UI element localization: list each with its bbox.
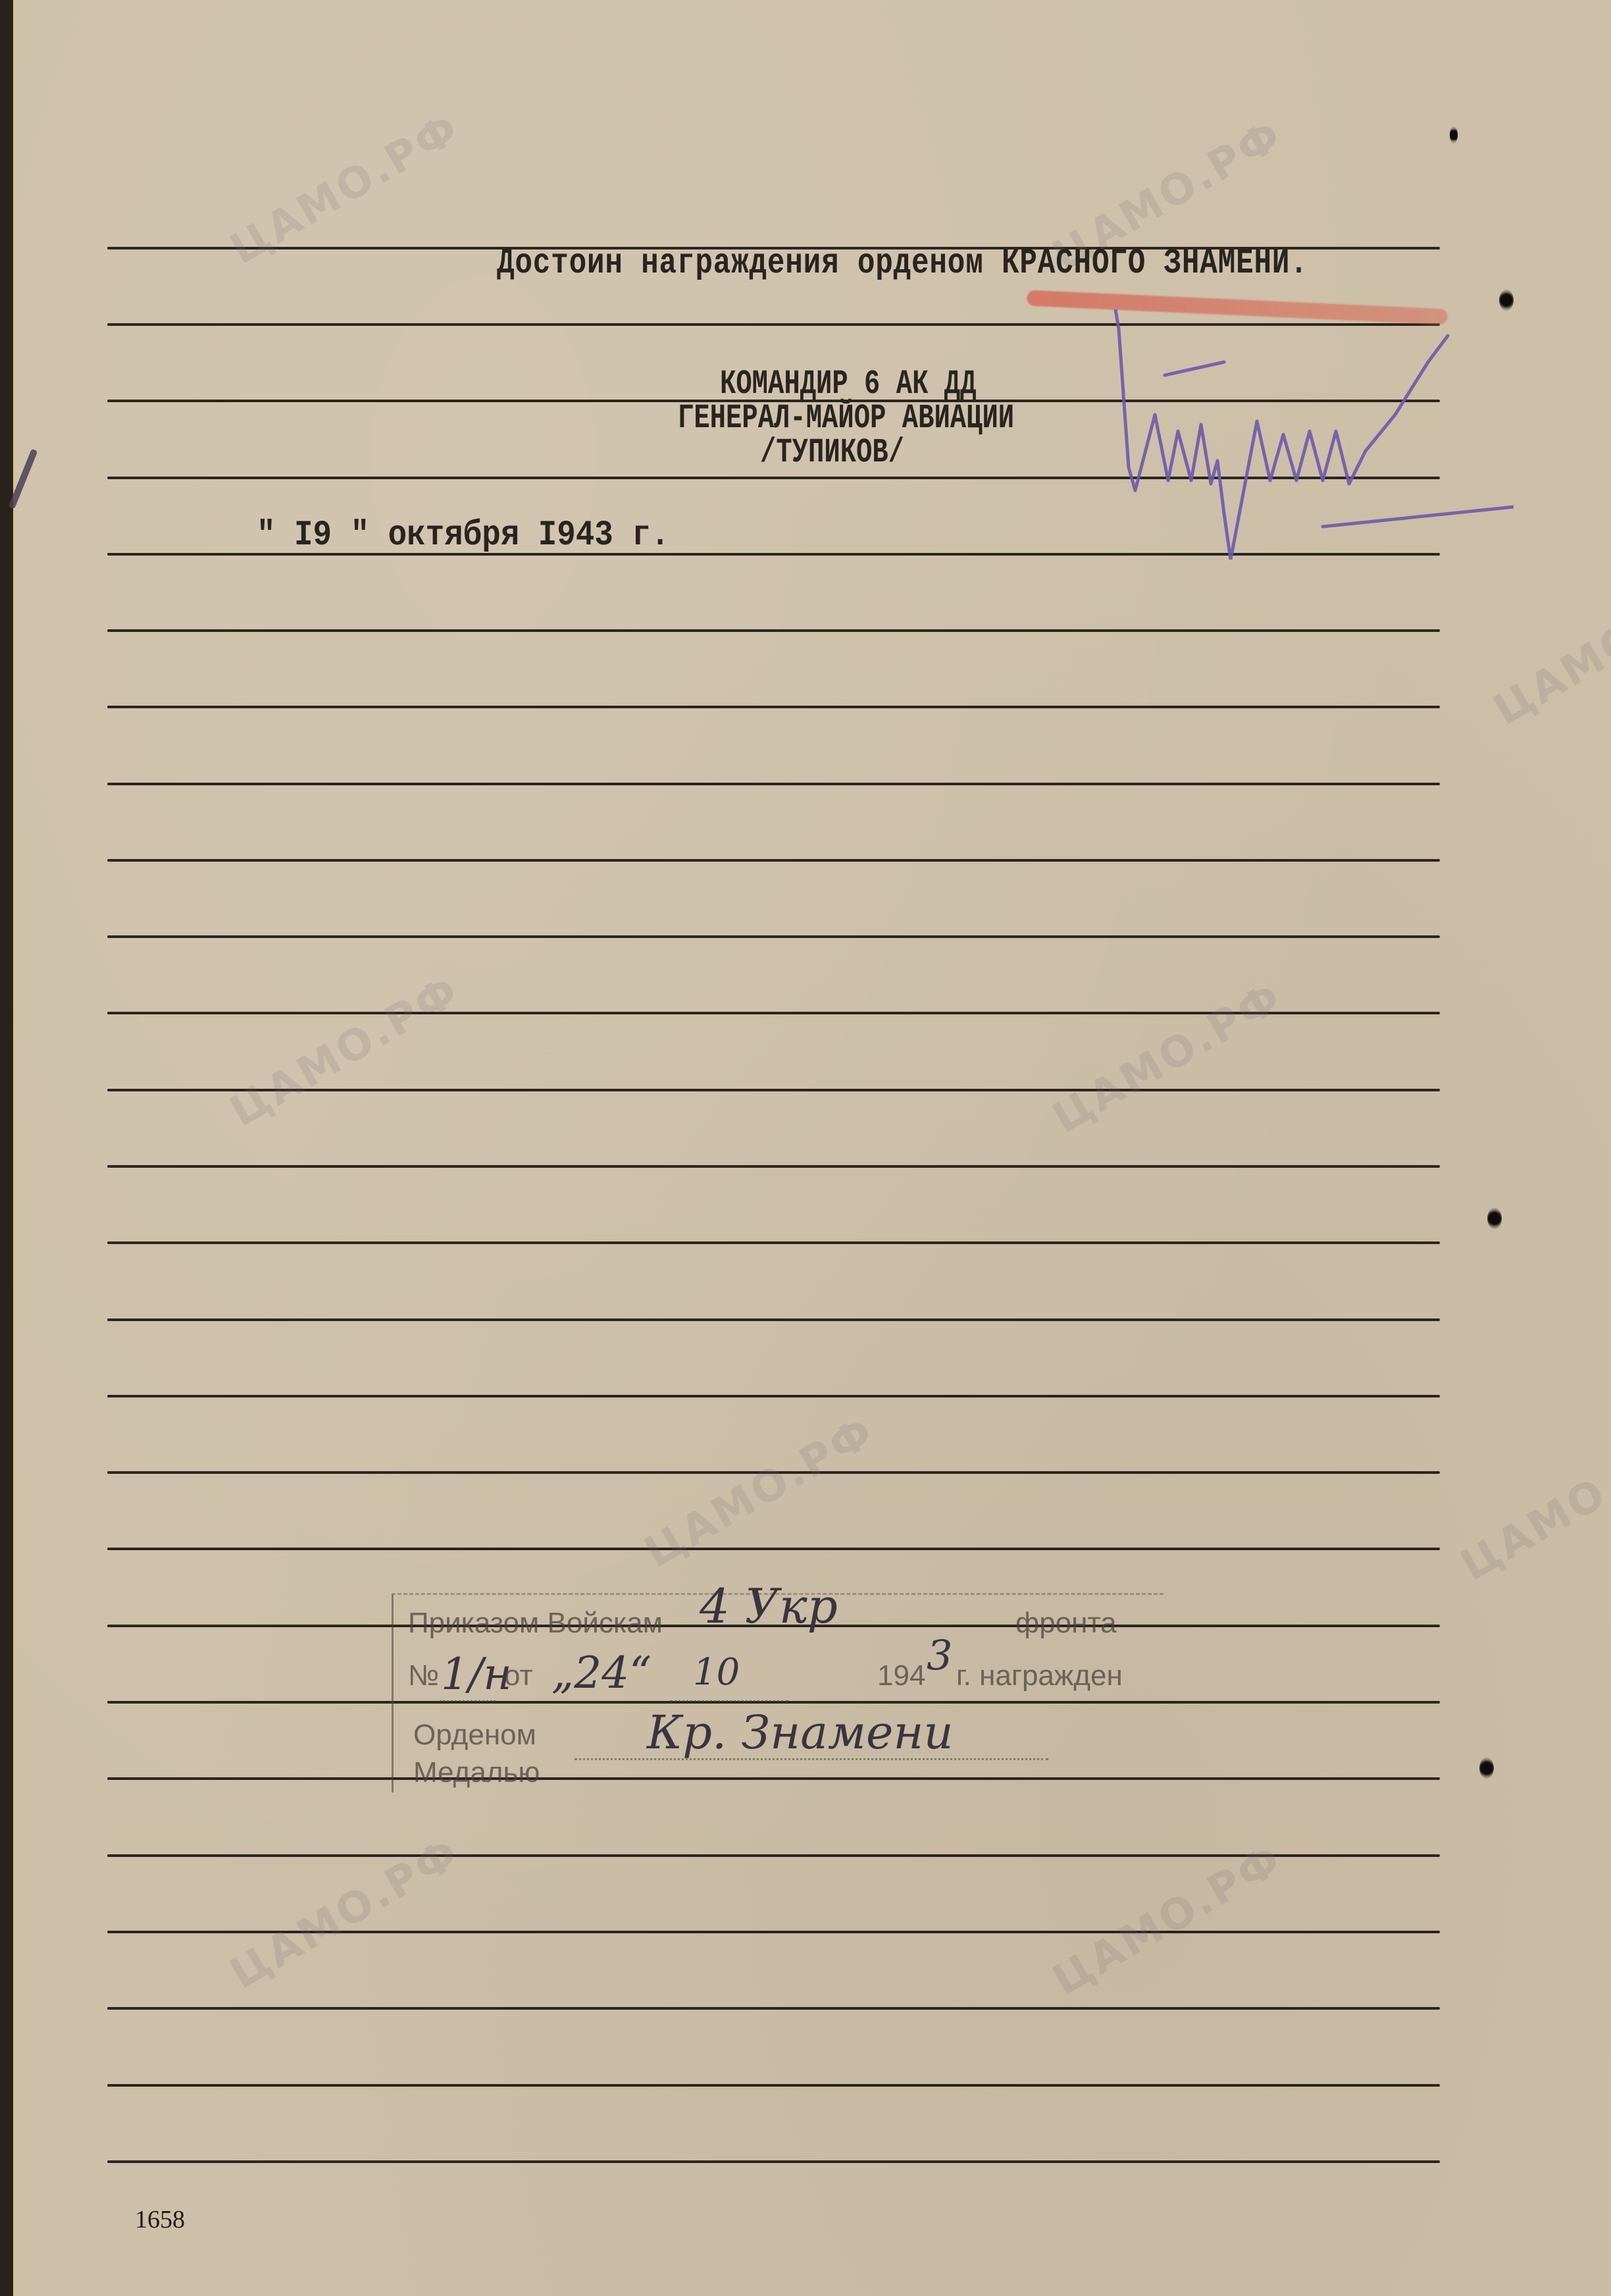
document-page: ЦАМО.РФ ЦАМО.РФ ЦАМО.РФ ЦАМО.РФ ЦАМО.РФ … — [0, 0, 1611, 2296]
signatory-position: КОМАНДИР 6 АК ДД — [720, 366, 976, 403]
stamp-number-field — [440, 1700, 496, 1702]
stamp-handwritten-order: Кр. Знамени — [647, 1706, 954, 1760]
punch-hole — [1450, 126, 1458, 143]
rule-line — [107, 783, 1440, 785]
signatory-rank: ГЕНЕРАЛ-МАЙОР АВИАЦИИ — [678, 400, 1014, 437]
archive-watermark: ЦАМО.РФ — [1045, 973, 1291, 1143]
stamp-label-medal: Медалью — [413, 1756, 540, 1789]
stamp-handwritten-month: 10 — [693, 1651, 740, 1694]
rule-line — [107, 1318, 1440, 1321]
stamp-handwritten-front: 4 Укр — [700, 1578, 838, 1634]
commander-signature — [1106, 309, 1514, 560]
rule-line — [107, 2007, 1440, 2010]
stamp-label-order: Орденом — [413, 1719, 536, 1752]
rule-line — [107, 2160, 1440, 2163]
rule-line — [107, 935, 1440, 938]
rule-line — [107, 1241, 1440, 1244]
award-conclusion: Достоин награждения орденом КРАСНОГО ЗНА… — [497, 244, 1308, 284]
stamp-label-from: от — [504, 1659, 533, 1692]
stamp-handwritten-number: 1/н — [441, 1649, 512, 1700]
stamp-label-awarded: г. награжден — [956, 1659, 1123, 1692]
archive-watermark: ЦАМО.РФ — [222, 966, 469, 1137]
stamp-handwritten-year: 3 — [927, 1631, 952, 1679]
stamp-handwritten-day: „24“ — [551, 1648, 652, 1698]
rule-line — [107, 2084, 1440, 2087]
archive-watermark: ЦАМО.РФ — [637, 1407, 883, 1578]
stamp-label-number: № — [408, 1659, 439, 1692]
punch-hole — [1479, 1758, 1494, 1779]
stamp-label-order-of: Приказом Войскам — [408, 1607, 663, 1640]
archive-watermark: ЦАМО.РФ — [1486, 565, 1611, 735]
archive-watermark: ЦАМО.РФ — [1453, 1421, 1611, 1591]
scan-left-edge — [0, 0, 13, 2296]
stamp-label-year: 194 — [877, 1659, 925, 1692]
archive-watermark: ЦАМО.РФ — [1045, 1835, 1291, 2006]
document-date: " I9 " октября I943 г. — [257, 515, 669, 556]
rule-line — [107, 1395, 1440, 1397]
rule-line — [107, 706, 1440, 708]
rule-line — [107, 629, 1440, 632]
stamp-label-front: фронта — [1015, 1607, 1117, 1640]
scan-edge-highlight — [13, 0, 15, 2296]
signatory-name: /ТУПИКОВ/ — [760, 434, 904, 471]
punch-hole — [1499, 290, 1514, 311]
award-order-stamp: Приказом Войскам 4 Укр фронта № 1/н от „… — [392, 1593, 1163, 1792]
archive-page-number: 1658 — [135, 2205, 185, 2234]
stamp-month-field — [670, 1700, 788, 1702]
rule-line — [107, 1548, 1440, 1550]
rule-line — [107, 1165, 1440, 1168]
stamp-order-field — [575, 1758, 1048, 1760]
punch-hole — [1487, 1208, 1502, 1229]
rule-line — [107, 859, 1440, 862]
